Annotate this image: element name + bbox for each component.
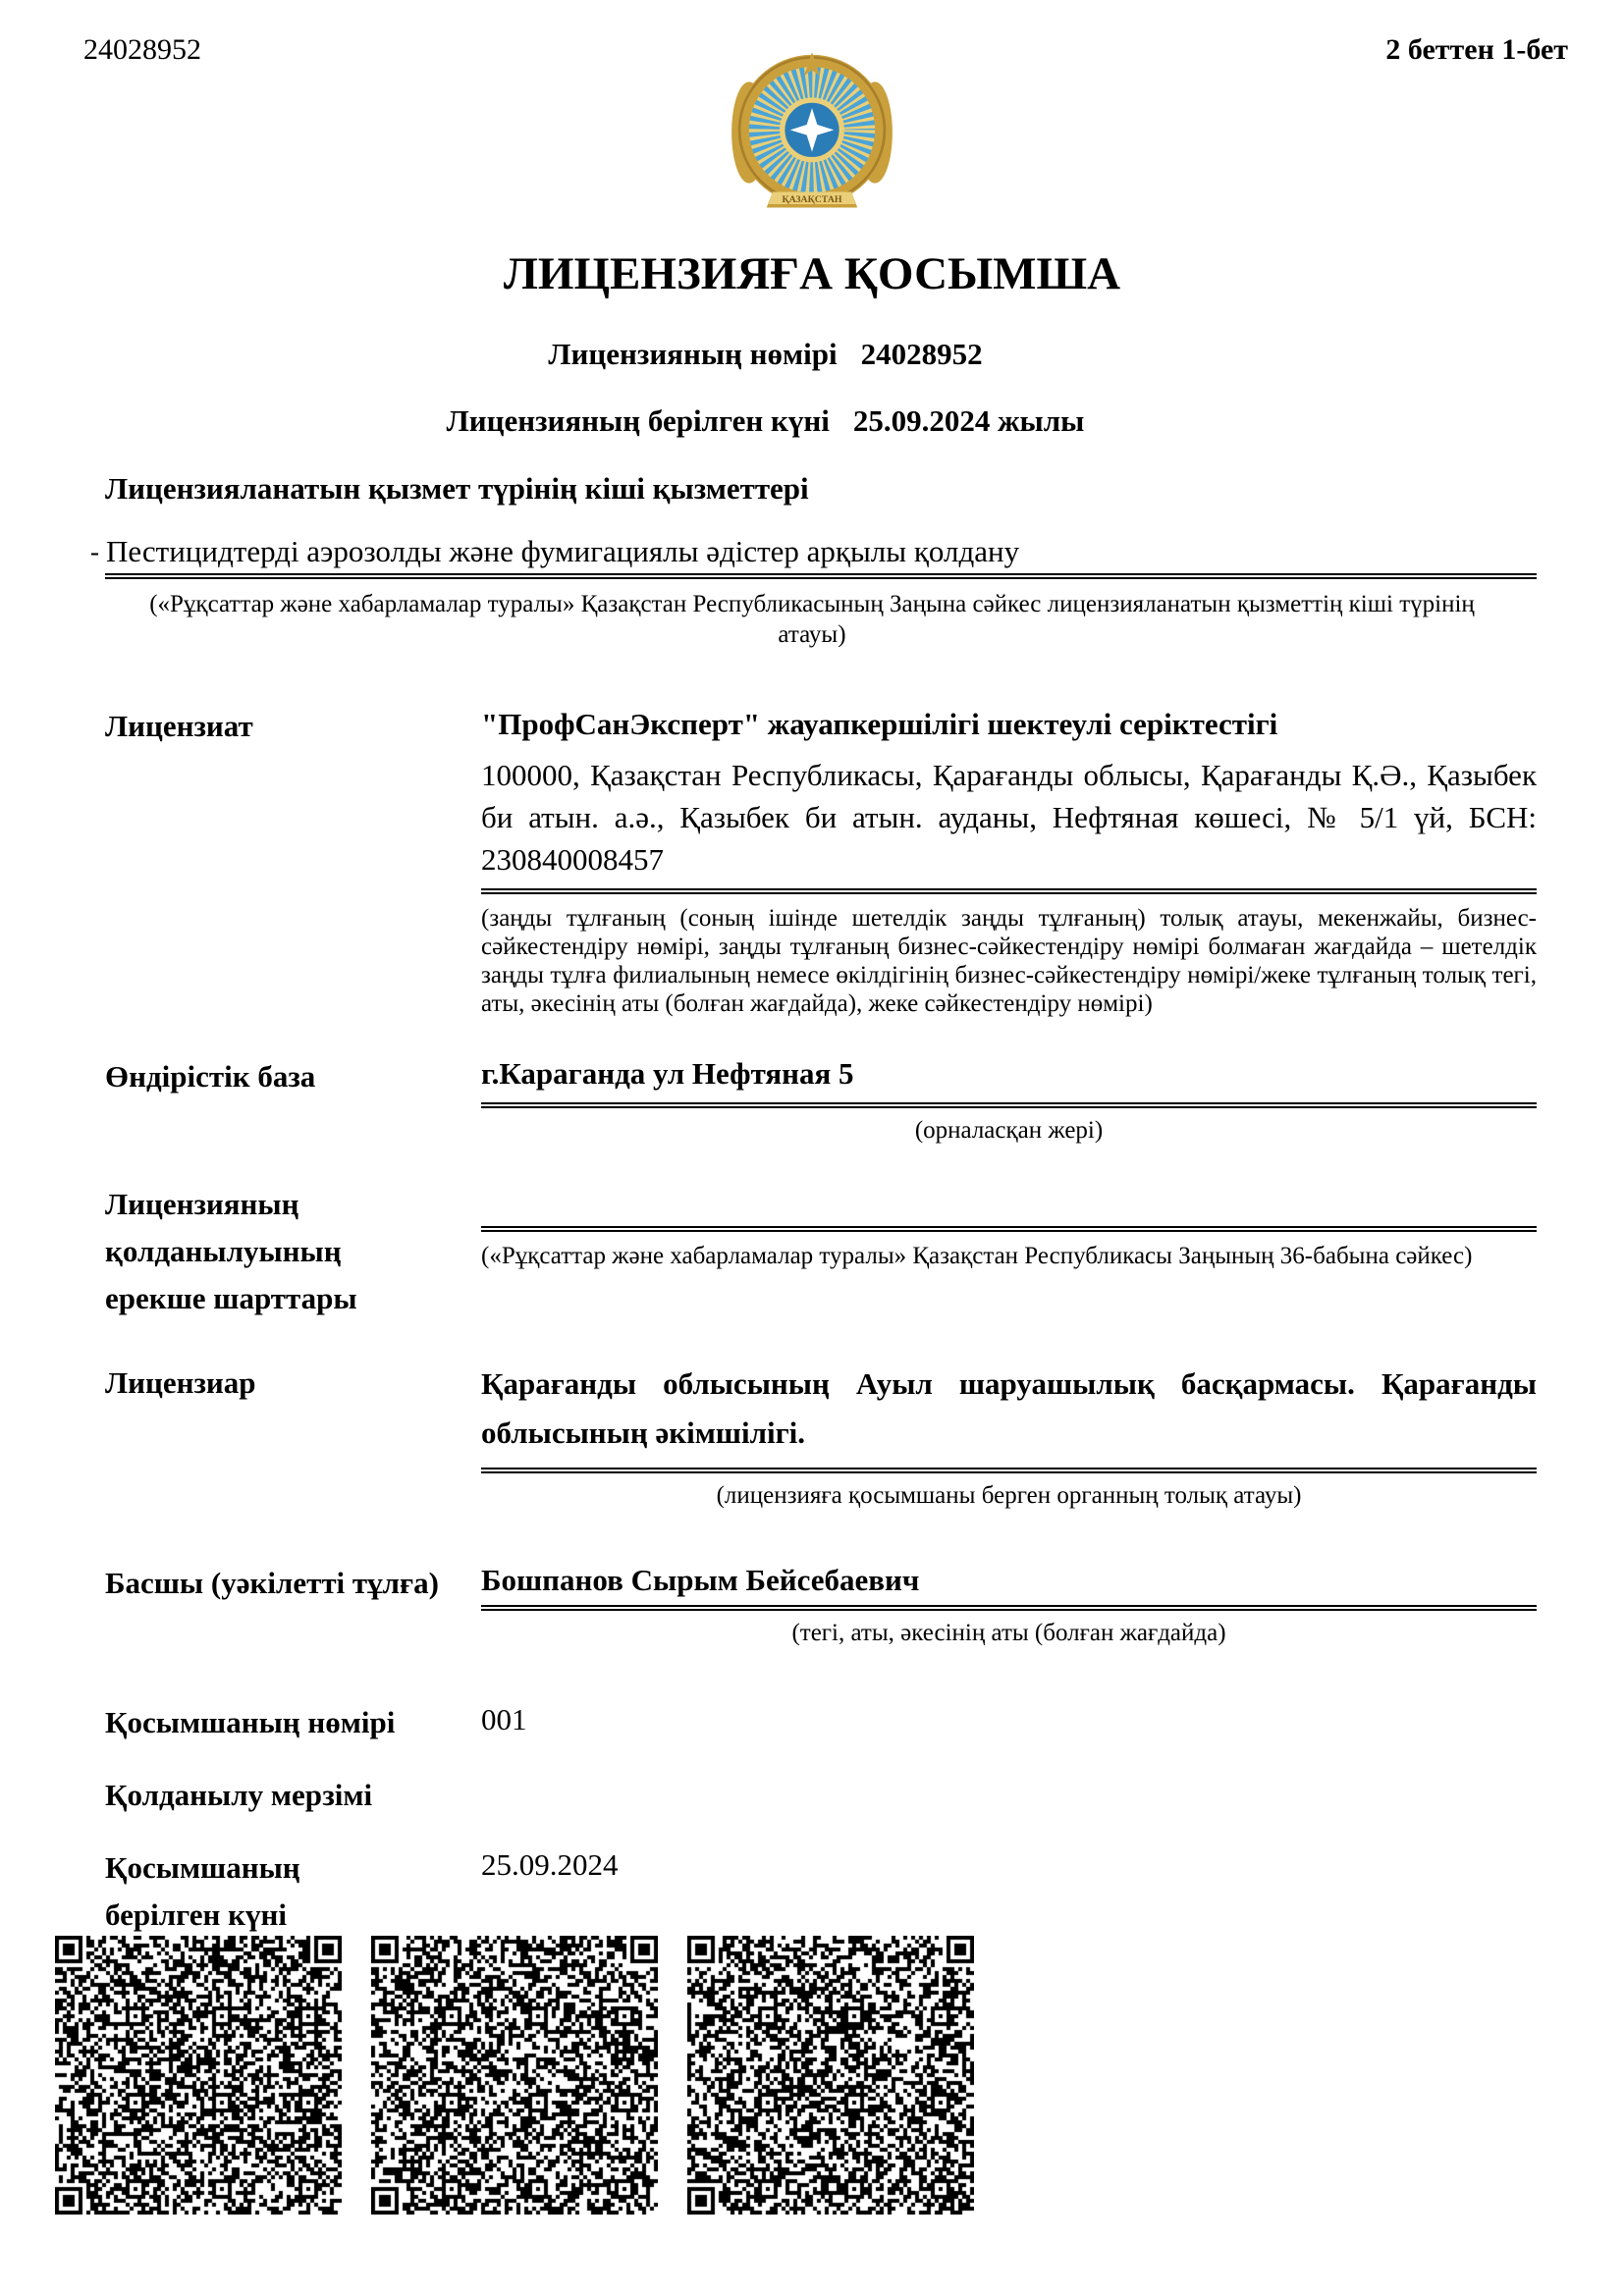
production-base-underline [481, 1100, 1537, 1108]
page-title: ЛИЦЕНЗИЯҒА ҚОСЫМША [0, 247, 1624, 300]
annex-number-value: 001 [481, 1699, 1537, 1746]
head-person-value-block: Бошпанов Сырым Бейсебаевич (тегі, аты, ә… [481, 1560, 1537, 1648]
emblem-banner-text: ҚАЗАҚСТАН [782, 194, 841, 205]
special-conditions-value-block: («Рұқсаттар және хабарламалар туралы» Қа… [481, 1181, 1537, 1322]
licensee-underline [481, 886, 1537, 894]
special-conditions-caption: («Рұқсаттар және хабарламалар туралы» Қа… [481, 1242, 1537, 1270]
annex-issue-date-label: Қосымшаның берілген күні [105, 1844, 481, 1939]
qr-code-2 [371, 1936, 658, 2215]
production-base-value: г.Караганда ул Нефтяная 5 [481, 1053, 1537, 1095]
qr-code-1 [55, 1936, 342, 2215]
validity-period-label: Қолданылу мерзімі [105, 1772, 481, 1819]
annex-number-row: Қосымшаның нөмірі 001 [105, 1699, 1537, 1746]
head-person-caption: (тегі, аты, әкесінің аты (болған жағдайд… [481, 1619, 1537, 1648]
qr-code-row [55, 1936, 974, 2215]
validity-period-value [481, 1772, 1537, 1819]
validity-period-row: Қолданылу мерзімі [105, 1772, 1537, 1819]
subservice-dash: - [90, 532, 106, 571]
subservice-item: - Пестицидтерді аэрозолды және фумигация… [90, 532, 1537, 571]
production-base-value-block: г.Караганда ул Нефтяная 5 (орналасқан же… [481, 1053, 1537, 1146]
licensee-row: Лицензиат "ПрофСанЭксперт" жауапкершіліг… [105, 703, 1537, 1018]
qr-code-3 [687, 1936, 974, 2215]
head-person-row: Басшы (уәкілетті тұлға) Бошпанов Сырым Б… [105, 1560, 1537, 1648]
subservice-caption: («Рұқсаттар және хабарламалар туралы» Қа… [130, 589, 1494, 650]
licensee-address: 100000, Қазақстан Республикасы, Қарағанд… [481, 754, 1537, 881]
subservice-text: Пестицидтерді аэрозолды және фумигациялы… [106, 532, 1019, 571]
production-base-label: Өндірістік база [105, 1053, 481, 1146]
page-indicator: 2 беттен 1-бет [1385, 33, 1568, 67]
licensee-caption: (заңды тұлғаның (соның ішінде шетелдік з… [481, 904, 1537, 1018]
license-number-label: Лицензияның нөмірі [548, 337, 837, 371]
licensor-row: Лицензиар Қарағанды облысының Ауыл шаруа… [105, 1360, 1537, 1511]
production-base-row: Өндірістік база г.Караганда ул Нефтяная … [105, 1053, 1537, 1146]
special-conditions-underline [481, 1224, 1537, 1232]
licensee-value-block: "ПрофСанЭксперт" жауапкершілігі шектеулі… [481, 703, 1537, 1018]
annex-number-label: Қосымшаның нөмірі [105, 1699, 481, 1746]
annex-issue-date-row: Қосымшаның берілген күні 25.09.2024 [105, 1844, 1537, 1939]
subservice-underline [105, 571, 1537, 579]
license-date-label: Лицензияның берілген күні [447, 403, 830, 438]
licensor-underline [481, 1466, 1537, 1473]
license-date-line: Лицензияның берілген күні25.09.2024 жылы [0, 402, 1624, 440]
head-person-label: Басшы (уәкілетті тұлға) [105, 1560, 481, 1648]
licensee-name: "ПрофСанЭксперт" жауапкершілігі шектеулі… [481, 703, 1537, 746]
licensor-value-block: Қарағанды облысының Ауыл шаруашылық басқ… [481, 1360, 1537, 1511]
head-person-name: Бошпанов Сырым Бейсебаевич [481, 1560, 1537, 1601]
subservices-heading: Лицензияланатын қызмет түрінің кіші қызм… [105, 469, 1537, 508]
production-base-caption: (орналасқан жері) [481, 1116, 1537, 1146]
license-annex-page: { "header": { "doc_number": "24028952", … [0, 0, 1624, 2296]
document-number-header: 24028952 [83, 33, 201, 67]
licensor-label: Лицензиар [105, 1360, 481, 1511]
license-date-value: 25.09.2024 жылы [853, 403, 1085, 438]
head-person-underline [481, 1603, 1537, 1611]
special-conditions-row: Лицензияның қолданылуының ерекше шарттар… [105, 1181, 1537, 1322]
license-number-line: Лицензияның нөмірі24028952 [0, 336, 1624, 373]
annex-issue-date-value: 25.09.2024 [481, 1844, 1537, 1939]
license-number-value: 24028952 [861, 337, 983, 371]
licensor-value: Қарағанды облысының Ауыл шаруашылық басқ… [481, 1360, 1537, 1458]
kazakhstan-coat-of-arms-icon: ҚАЗАҚСТАН [723, 45, 901, 220]
special-conditions-label: Лицензияның қолданылуының ерекше шарттар… [105, 1181, 481, 1322]
licensee-label: Лицензиат [105, 703, 481, 1018]
licensor-caption: (лицензияға қосымшаны берген органның то… [481, 1481, 1537, 1511]
